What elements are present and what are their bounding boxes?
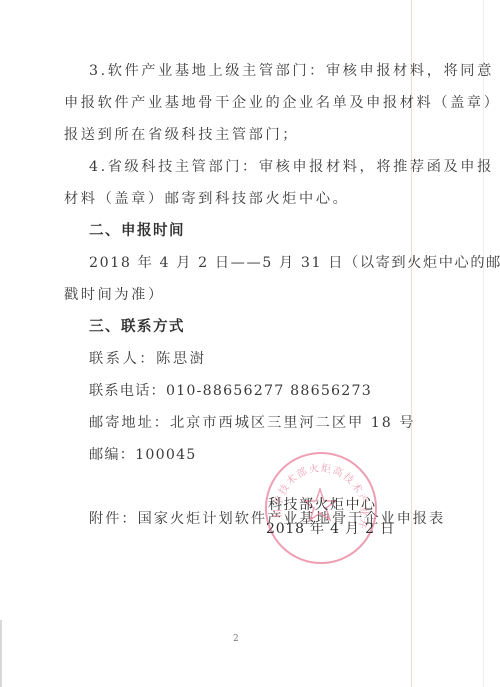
section-heading-contact: 三、联系方式 <box>89 317 185 337</box>
signature-date: 2018 年 4 月 2 日 <box>266 518 395 538</box>
apply-time-text: 2018 年 4 月 2 日——5 月 31 日（以寄到火炬中心的邮 <box>89 253 500 273</box>
page-number: 2 <box>233 634 239 644</box>
paragraph-line: 申报软件产业基地骨干企业的企业名单及申报材料（盖章） <box>64 93 500 113</box>
apply-time-text-cont: 戳时间为准） <box>64 285 165 305</box>
contact-person: 联系人：陈思澍 <box>89 349 207 369</box>
paragraph-line: 4.省级科技主管部门：审核申报材料，将推荐函及申报 <box>89 157 494 177</box>
postcode: 邮编：100045 <box>89 445 197 465</box>
paragraph-line: 材料（盖章）邮寄到科技部火炬中心。 <box>64 189 349 209</box>
section-heading-apply-time: 二、申报时间 <box>89 221 185 241</box>
contact-phone: 联系电话：010-88656277 88656273 <box>89 381 372 401</box>
paragraph-line: 3.软件产业基地上级主管部门：审核申报材料，将同意 <box>89 61 494 81</box>
scan-shadow <box>0 620 2 687</box>
paragraph-line: 报送到所在省级科技主管部门； <box>64 125 299 145</box>
signature-organization: 科技部火炬中心 <box>268 494 377 514</box>
mailing-address: 邮寄地址：北京市西城区三里河二区甲 18 号 <box>89 413 415 433</box>
document-page: 3.软件产业基地上级主管部门：审核申报材料，将同意 申报软件产业基地骨干企业的企… <box>0 0 500 687</box>
